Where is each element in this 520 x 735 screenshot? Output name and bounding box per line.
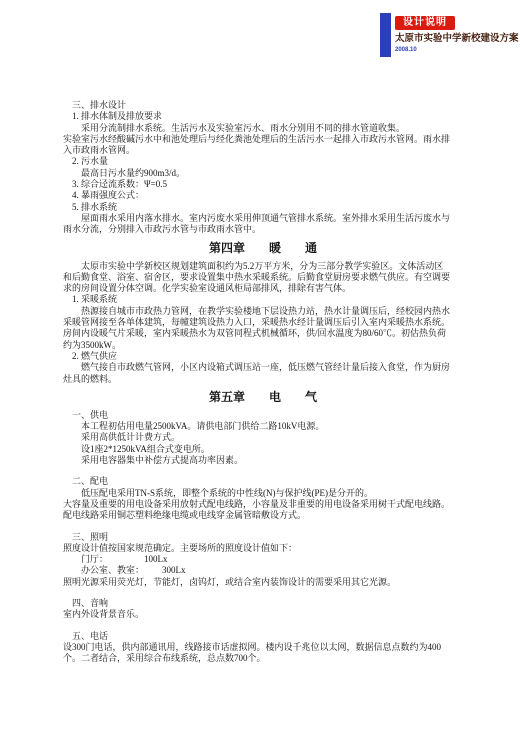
chapter-heading: 第五章 电 气 xyxy=(63,391,463,404)
text-line: 采用电容器集中补偿方式提高功率因素。 xyxy=(63,455,463,466)
text-line: 设300门电话，供内部通讯用，线路接市话虚拟网。楼内设千兆位以太网，数据信息点数… xyxy=(63,642,463,653)
paragraph-spacer xyxy=(63,466,463,476)
text-line: 低压配电采用TN-S系统，即整个系统的中性线(N)与保护线(PE)是分开的。 xyxy=(63,488,463,499)
text-line: 三、照明 xyxy=(63,532,463,543)
text-line: 灶具的燃料。 xyxy=(63,374,463,385)
stamp-accent-bar xyxy=(380,13,391,57)
text-line: 照度设计值按国家规范确定。主要场所的照度设计值如下： xyxy=(63,543,463,554)
text-line: 3. 综合迳流系数：Ψ=0.5 xyxy=(63,179,463,190)
text-line: 一、供电 xyxy=(63,410,463,421)
text-line: 1. 采暖系统 xyxy=(63,294,463,305)
text-line: 求的房间设置分体空调。化学实验室设通风柜局部排风，排除有害气体。 xyxy=(63,283,463,294)
text-line: 4. 暴雨强度公式： xyxy=(63,190,463,201)
text-line: 大容量及重要的用电设备采用放射式配电线路，小容量及非重要的用电设备采用树干式配电… xyxy=(63,499,463,510)
text-line: 个。二者结合，采用综合布线系统，总点数700个。 xyxy=(63,653,463,664)
stamp-date: 2008.10 xyxy=(395,47,513,53)
text-line: 实验室污水经酸碱污水中和池处理后与经化粪池处理后的生活污水一起排入市政污水管网。… xyxy=(63,134,463,145)
text-line: 热源接自城市市政热力管网，在教学实验楼地下层设热力站，热水计量调压后，经校园内热… xyxy=(63,306,463,317)
text-line: 室内外设背景音乐。 xyxy=(63,609,463,620)
text-line: 2. 污水量 xyxy=(63,156,463,167)
text-line: 屋面雨水采用内落水排水。室内污废水采用伸顶通气管排水系统。室外排水采用生活污废水… xyxy=(63,213,463,224)
text-line: 配电线路采用铜芯塑料绝缘电缆或电线穿金属管暗敷设方式。 xyxy=(63,510,463,521)
text-line: 和后勤食堂、浴室、宿舍区，要求设置集中热水采暖系统。后勤食堂厨房要求燃气供应。有… xyxy=(63,272,463,283)
paragraph-spacer xyxy=(63,588,463,598)
text-line: 5. 排水系统 xyxy=(63,202,463,213)
text-line: 约为3500kW。 xyxy=(63,340,463,351)
stamp-title: 设计说明 xyxy=(395,16,455,30)
text-line: 办公室、教室： 300Lx xyxy=(63,565,463,576)
text-line: 设1座2*1250kVA组合式变电所。 xyxy=(63,444,463,455)
text-line: 入市政雨水管网。 xyxy=(63,145,463,156)
stamp-content: 设计说明 太原市实验中学新校建设方案 2008.10 xyxy=(395,12,513,53)
paragraph-spacer xyxy=(63,522,463,532)
text-line: 太原市实验中学新校区规划建筑面积约为5.2万平方米，分为三部分教学实验区。文体活… xyxy=(63,261,463,272)
document-page: 设计说明 太原市实验中学新校建设方案 2008.10 三、排水设计1. 排水体制… xyxy=(0,0,520,735)
header-stamp: 设计说明 太原市实验中学新校建设方案 2008.10 xyxy=(380,12,514,58)
text-line: 采用分流制排水系统。生活污水及实验室污水、雨水分别用不同的排水管道收集。 xyxy=(63,123,463,134)
text-line: 雨水分流，分别排入市政污水管与市政雨水管中。 xyxy=(63,224,463,235)
text-line: 本工程初估用电量2500kVA。请供电部门供给二路10kV电源。 xyxy=(63,421,463,432)
text-line: 采暖管网接至各单体建筑，每幢建筑设热力入口，采暖热水经计量调压后引入室内采暖热水… xyxy=(63,317,463,328)
text-line: 最高日污水量约900m3/d。 xyxy=(63,168,463,179)
chapter-heading: 第四章 暖 通 xyxy=(63,242,463,255)
text-line: 照明光源采用荧光灯，节能灯，卤钨灯，或结合室内装饰设计的需要采用其它光源。 xyxy=(63,577,463,588)
text-line: 二、配电 xyxy=(63,476,463,487)
text-line: 采用高供低计计费方式。 xyxy=(63,432,463,443)
text-line: 四、音响 xyxy=(63,598,463,609)
document-body: 三、排水设计1. 排水体制及排放要求采用分流制排水系统。生活污水及实验室污水、雨… xyxy=(63,100,463,664)
text-line: 1. 排水体制及排放要求 xyxy=(63,111,463,122)
text-line: 五、电话 xyxy=(63,631,463,642)
text-line: 房间内设暖气片采暖，室内采暖热水为双管同程式机械循环，供/回水温度为80/60℃… xyxy=(63,328,463,339)
paragraph-spacer xyxy=(63,621,463,631)
project-title: 太原市实验中学新校建设方案 xyxy=(395,33,513,45)
text-line: 门厅： 100Lx xyxy=(63,554,463,565)
text-line: 2. 燃气供应 xyxy=(63,351,463,362)
text-line: 燃气接自市政燃气管网，小区内设箱式调压站一座，低压燃气管经计量后接入食堂，作为厨… xyxy=(63,362,463,373)
text-line: 三、排水设计 xyxy=(63,100,463,111)
